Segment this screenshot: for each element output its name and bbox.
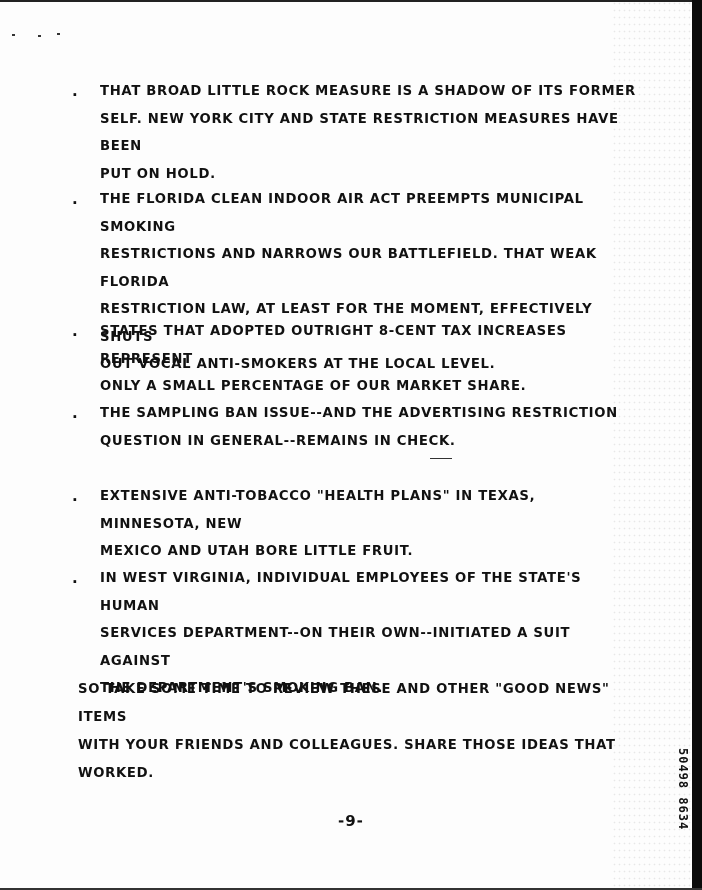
scan-speck (430, 458, 452, 459)
bullet-marker: . (72, 483, 78, 510)
bullet-marker: . (72, 78, 78, 105)
scan-right-border (692, 0, 702, 890)
bullet-text: The sampling ban issue--and the advertis… (100, 400, 640, 455)
bullet-marker: . (72, 318, 78, 345)
bullet-text: Extensive anti-tobacco "health plans" in… (100, 483, 640, 566)
bullet-marker: . (72, 400, 78, 427)
page-number: -9- (338, 812, 364, 830)
scan-speck (12, 34, 15, 36)
document-page: . That broad Little Rock measure is a sh… (0, 0, 702, 890)
bullet-text: States that adopted outright 8-cent tax … (100, 318, 640, 401)
scan-top-border (0, 0, 702, 2)
bullet-text: That broad Little Rock measure is a shad… (100, 78, 640, 188)
scan-speck (57, 33, 60, 35)
bates-number: 50498 8634 (676, 748, 690, 838)
scan-speck (38, 35, 41, 37)
closing-paragraph: So take some time to review these and ot… (78, 676, 658, 788)
bullet-marker: . (72, 186, 78, 213)
bullet-marker: . (72, 565, 78, 592)
